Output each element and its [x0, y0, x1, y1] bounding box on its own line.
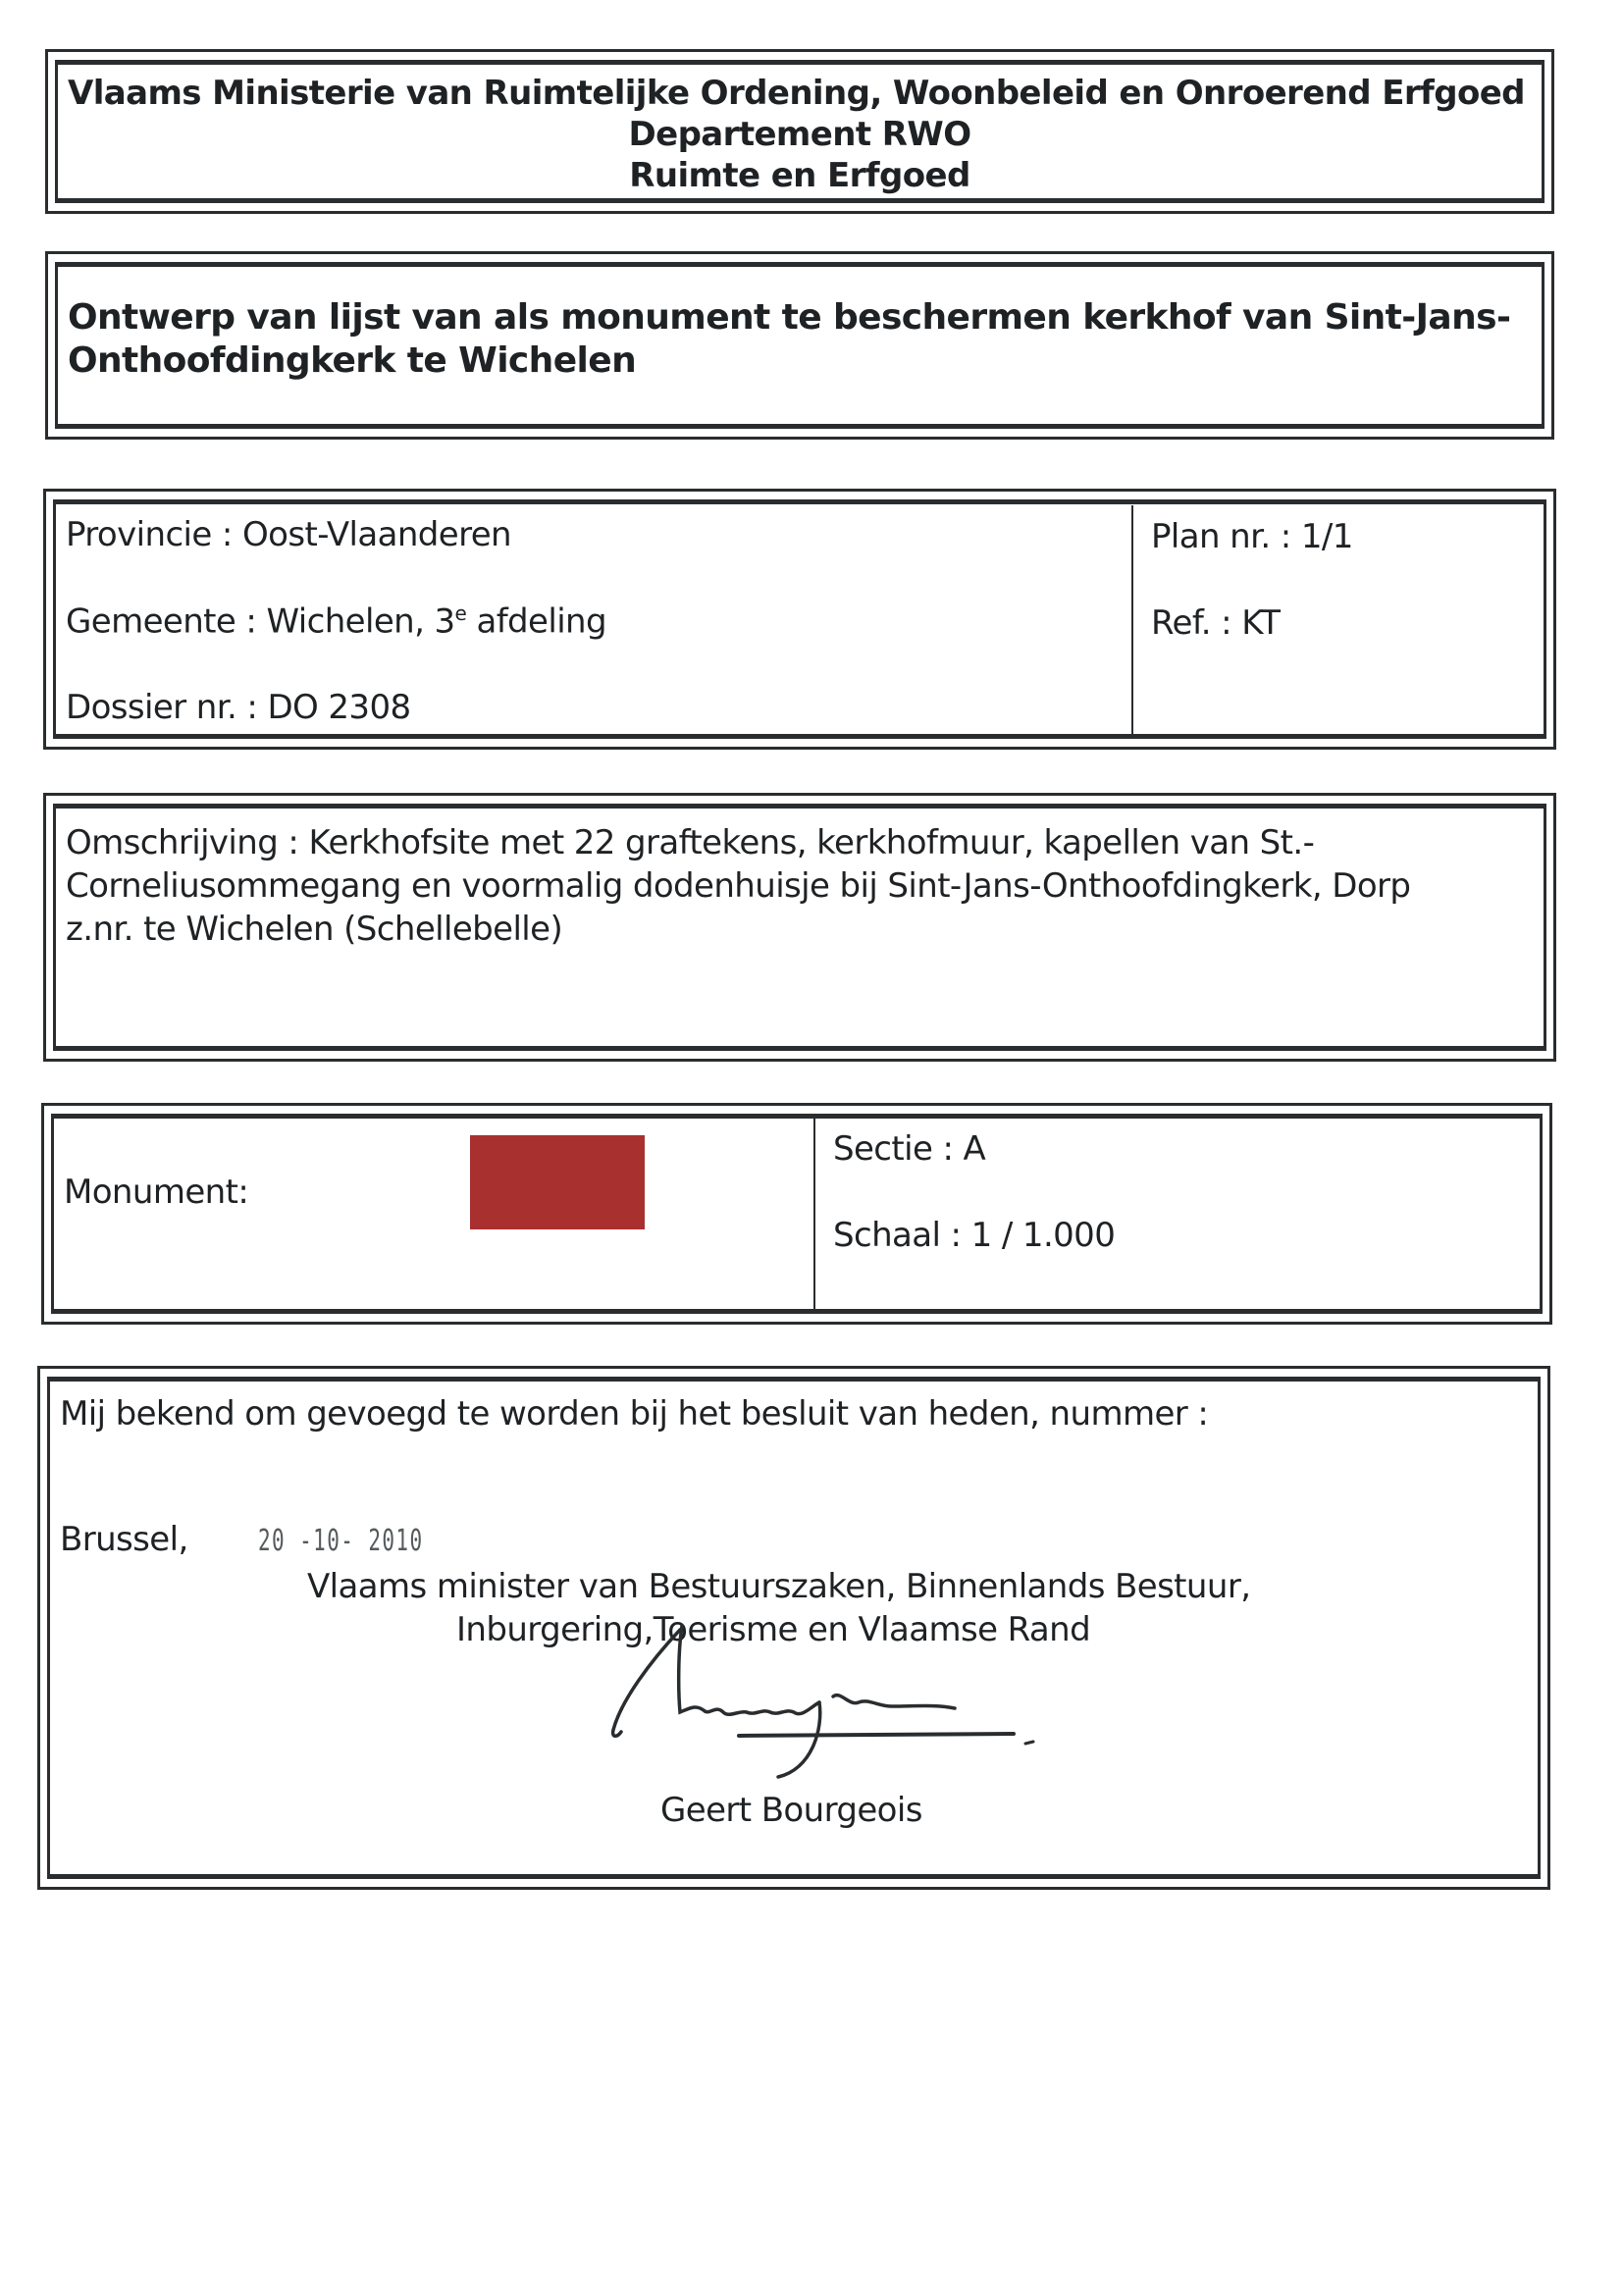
place-label: Brussel, — [60, 1520, 188, 1559]
ministry-name: Vlaams Ministerie van Ruimtelijke Ordeni… — [68, 74, 1525, 113]
legend-box: Monument: Sectie : A Schaal : 1 / 1.000 — [41, 1103, 1552, 1325]
description-line2: Corneliusommegang en voormalig dodenhuis… — [66, 866, 1410, 906]
gemeente-prefix: Gemeente : Wichelen, 3 — [66, 601, 455, 641]
reference-field: Ref. : KT — [1151, 603, 1280, 643]
gemeente-superscript: e — [455, 601, 467, 625]
monument-label: Monument: — [64, 1173, 248, 1212]
schaal-field: Schaal : 1 / 1.000 — [833, 1216, 1115, 1255]
info-box: Provincie : Oost-Vlaanderen Gemeente : W… — [43, 489, 1556, 750]
header-box: Vlaams Ministerie van Ruimtelijke Ordeni… — [45, 49, 1554, 214]
info-divider — [1131, 505, 1133, 735]
signatory-name: Geert Bourgeois — [660, 1791, 922, 1830]
document-title-line2: Onthoofdingkerk te Wichelen — [68, 340, 636, 381]
legend-divider — [813, 1118, 815, 1310]
provincie-field: Provincie : Oost-Vlaanderen — [66, 515, 511, 554]
date-stamp: 20 -10- 2010 — [258, 1524, 424, 1558]
monument-color-swatch — [470, 1135, 645, 1229]
plan-number-field: Plan nr. : 1/1 — [1151, 517, 1353, 556]
dossier-field: Dossier nr. : DO 2308 — [66, 688, 411, 727]
attestation-statement: Mij bekend om gevoegd te worden bij het … — [60, 1394, 1208, 1434]
title-box: Ontwerp van lijst van als monument te be… — [45, 251, 1554, 440]
handwritten-signature — [602, 1622, 1073, 1818]
legend-inner-border — [51, 1114, 1543, 1314]
document-title-line1: Ontwerp van lijst van als monument te be… — [68, 297, 1510, 338]
division-name: Ruimte en Erfgoed — [48, 156, 1551, 195]
description-line1: Omschrijving : Kerkhofsite met 22 grafte… — [66, 823, 1314, 862]
description-line3: z.nr. te Wichelen (Schellebelle) — [66, 910, 562, 949]
description-box: Omschrijving : Kerkhofsite met 22 grafte… — [43, 793, 1556, 1062]
gemeente-field: Gemeente : Wichelen, 3e afdeling — [66, 601, 606, 641]
department-name: Departement RWO — [48, 115, 1551, 154]
minister-title-line1: Vlaams minister van Bestuurszaken, Binne… — [307, 1567, 1250, 1606]
signature-box: Mij bekend om gevoegd te worden bij het … — [37, 1366, 1550, 1890]
gemeente-suffix: afdeling — [466, 601, 606, 641]
sectie-field: Sectie : A — [833, 1129, 985, 1169]
